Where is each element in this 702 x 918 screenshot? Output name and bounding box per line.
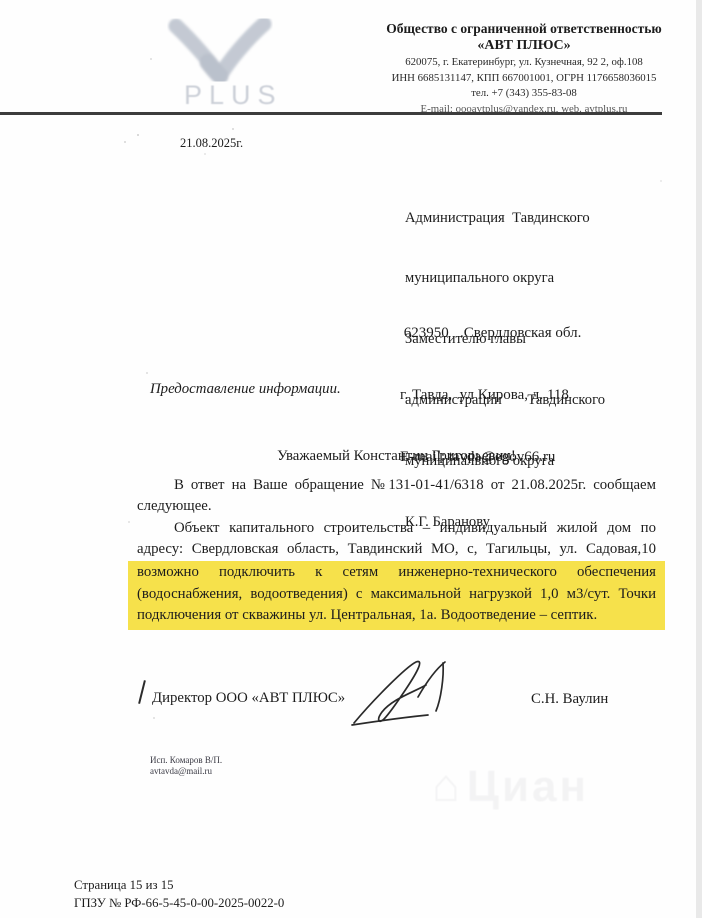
company-phone: тел. +7 (343) 355-83-08	[348, 86, 700, 102]
body-line: следующее.	[137, 496, 656, 518]
body-line: В ответ на Ваше обращение №131-01-41/631…	[137, 475, 656, 497]
header-divider	[0, 112, 662, 115]
company-type: Общество с ограниченной ответственностью	[348, 20, 700, 37]
postal-line: 623950 .Свердловская обл.	[400, 323, 690, 344]
watermark-house-icon: ⌂	[432, 759, 463, 811]
letter-body: Уважаемый Константин Григорьевич! В отве…	[137, 446, 656, 630]
signer-title: Директор ООО «АВТ ПЛЮС»	[152, 690, 345, 707]
watermark-text: Циан	[467, 762, 589, 811]
executor-name: Исп. Комаров В/П.	[150, 755, 222, 766]
signer-name: С.Н. Ваулин	[531, 691, 608, 708]
company-email: E-mail: oooavtplus@yandex.ru, web. avtpl…	[348, 102, 700, 118]
site-watermark: ⌂Циан	[432, 758, 662, 812]
body-line: Объект капитального строительства – инди…	[137, 518, 656, 540]
highlight-line: подключения от скважины ул. Центральная,…	[137, 605, 656, 627]
highlight-line: возможно подключить к сетям инженерно-те…	[137, 562, 656, 584]
page-number: Страница 15 из 15	[74, 877, 284, 895]
scan-noise	[0, 0, 2, 2]
letter-subject: Предоставление информации.	[150, 381, 341, 398]
executor-email: avtavda@mail.ru	[150, 766, 222, 777]
company-codes: ИНН 6685131147, КПП 667001001, ОГРН 1176…	[348, 71, 700, 87]
handwritten-signature	[348, 655, 483, 733]
recipient-line: Администрация Тавдинского	[405, 208, 685, 228]
highlight-line: (водоснабжения, водоотведения) с максима…	[137, 584, 656, 606]
letter-date: 21.08.2025г.	[180, 136, 243, 151]
greeting: Уважаемый Константин Григорьевич!	[137, 446, 656, 468]
scan-edge-shadow	[696, 0, 702, 918]
document-number: ГПЗУ № РФ-66-5-45-0-00-2025-0022-0	[74, 895, 284, 913]
highlighted-passage: возможно подключить к сетям инженерно-те…	[128, 561, 665, 630]
logo-plus-text: PLUS	[184, 80, 283, 111]
company-address: 620075, г. Екатеринбург, ул. Кузнечная, …	[348, 55, 700, 71]
scanned-letter-page: PLUS Общество с ограниченной ответственн…	[0, 0, 702, 918]
body-line: адресу: Свердловская область, Тавдинский…	[137, 539, 656, 561]
company-header: Общество с ограниченной ответственностью…	[348, 20, 700, 117]
postal-line: г. Тавда, ул Кирова, д. 118	[400, 385, 690, 406]
company-logo: PLUS	[148, 12, 298, 117]
page-footer: Страница 15 из 15 ГПЗУ № РФ-66-5-45-0-00…	[74, 877, 284, 912]
executor-note: Исп. Комаров В/П. avtavda@mail.ru	[150, 755, 222, 777]
pen-tick-mark	[138, 680, 145, 704]
company-name: «АВТ ПЛЮС»	[348, 37, 700, 55]
